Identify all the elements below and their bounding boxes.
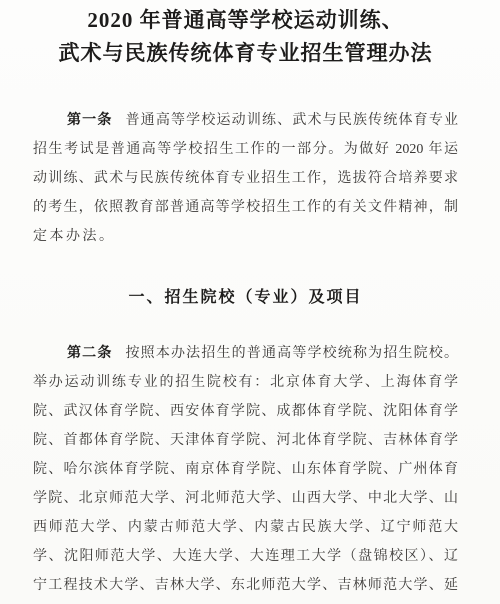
article-2-first-line: 第二条按照本办法招生的普通高等学校统称为招生院校。 — [33, 339, 458, 368]
article-1-first-line: 第一条普通高等学校运动训练、武术与民族传统体育专业 — [33, 106, 458, 135]
article-1-line: 动训练、武术与民族传统体育专业招生工作，选拔符合培养要求 — [33, 164, 458, 193]
article-1-line: 的考生，依照教育部普通高等学校招生工作的有关文件精神，制 — [33, 193, 458, 222]
article-1-label: 第一条 — [67, 113, 113, 128]
article-2-label: 第二条 — [67, 346, 113, 361]
article-2-line: 举办运动训练专业的招生院校有：北京体育大学、上海体育学 — [33, 368, 458, 397]
article-2-line: 院、哈尔滨体育学院、南京体育学院、山东体育学院、广州体育 — [33, 455, 458, 484]
article-2-paragraph: 第二条按照本办法招生的普通高等学校统称为招生院校。 举办运动训练专业的招生院校有… — [33, 339, 458, 600]
article-2-first-line-text: 按照本办法招生的普通高等学校统称为招生院校。 — [126, 346, 459, 361]
document-title-line-1: 2020 年普通高等学校运动训练、 — [33, 4, 458, 37]
document-title-line-2: 武术与民族传统体育专业招生管理办法 — [33, 37, 458, 70]
article-2-line: 宁工程技术大学、吉林大学、东北师范大学、吉林师范大学、延 — [33, 571, 458, 600]
article-2-line: 学院、北京师范大学、河北师范大学、山西大学、中北大学、山 — [33, 484, 458, 513]
section-1-heading: 一、招生院校（专业）及项目 — [33, 287, 458, 309]
article-1-last-line: 定本办法。 — [33, 222, 458, 251]
article-2-line: 院、武汉体育学院、西安体育学院、成都体育学院、沈阳体育学 — [33, 397, 458, 426]
article-1-paragraph: 第一条普通高等学校运动训练、武术与民族传统体育专业 招生考试是普通高等学校招生工… — [33, 106, 458, 251]
article-1-first-line-text: 普通高等学校运动训练、武术与民族传统体育专业 — [126, 113, 459, 128]
article-2-line: 院、首都体育学院、天津体育学院、河北体育学院、吉林体育学 — [33, 426, 458, 455]
article-2-line: 西师范大学、内蒙古师范大学、内蒙古民族大学、辽宁师范大 — [33, 513, 458, 542]
article-1-line: 招生考试是普通高等学校招生工作的一部分。为做好 2020 年运 — [33, 135, 458, 164]
document-page: 2020 年普通高等学校运动训练、 武术与民族传统体育专业招生管理办法 第一条普… — [0, 0, 500, 604]
article-2-line: 学、沈阳师范大学、大连大学、大连理工大学（盘锦校区）、辽 — [33, 542, 458, 571]
document-title: 2020 年普通高等学校运动训练、 武术与民族传统体育专业招生管理办法 — [33, 4, 458, 70]
